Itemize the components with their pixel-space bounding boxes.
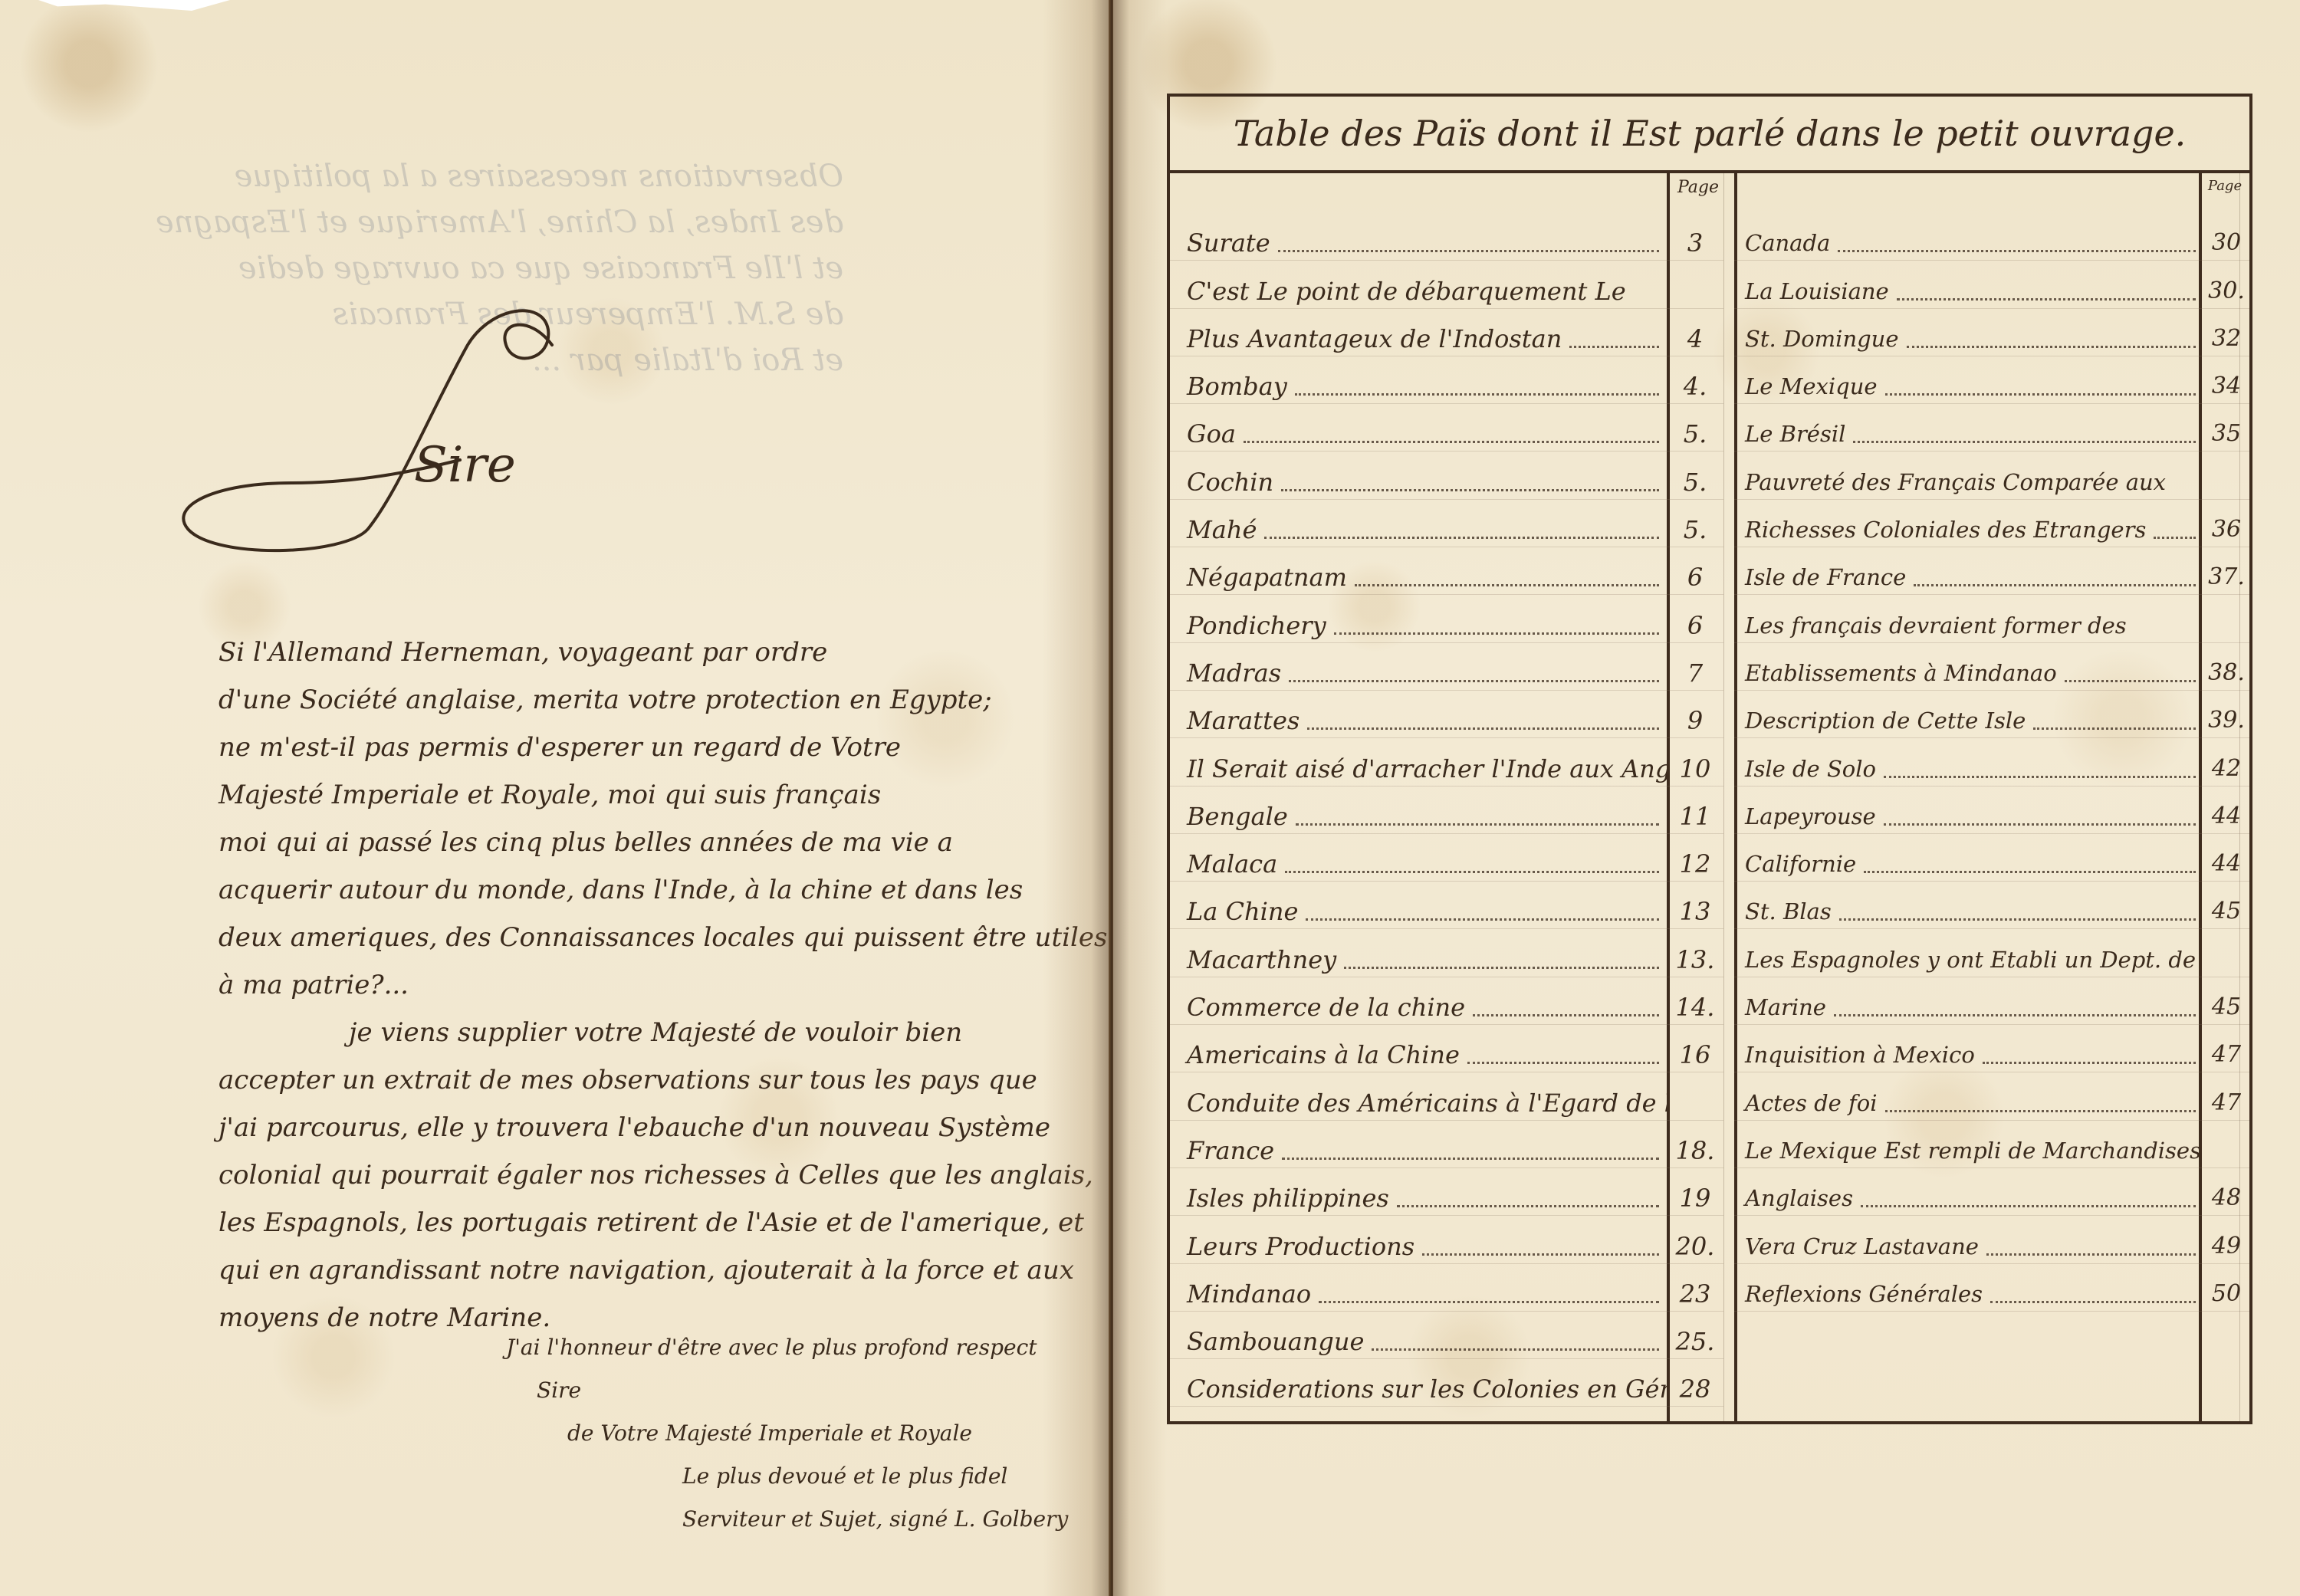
- letter-line: acquerir autour du monde, dans l'Inde, à…: [219, 866, 1108, 914]
- toc-page-number: 5.: [1667, 417, 1723, 451]
- toc-row: Americains à la Chine16: [1170, 1025, 1723, 1072]
- toc-entry: Macarthney: [1170, 943, 1667, 977]
- toc-page-number: 44: [2203, 847, 2249, 881]
- toc-row: Conduite des Américains à l'Egard de la: [1170, 1072, 1723, 1120]
- toc-page-number: 4.: [1667, 369, 1723, 403]
- toc-entry-text: Mahé: [1187, 513, 1257, 547]
- toc-page-number: 39.: [2203, 704, 2249, 737]
- toc-row: Vera Cruz Lastavane49: [1734, 1216, 2249, 1263]
- dot-leader: [1278, 250, 1659, 252]
- toc-page-number: 20.: [1667, 1230, 1723, 1263]
- toc-row: Richesses Coloniales des Etrangers36: [1734, 500, 2249, 547]
- toc-entry-text: Marine: [1745, 990, 1826, 1024]
- toc-entry-text: Madras: [1187, 656, 1281, 690]
- dot-leader: [1344, 967, 1659, 969]
- dot-leader: [1990, 1301, 2196, 1303]
- toc-entry-text: Americains à la Chine: [1187, 1038, 1460, 1072]
- dot-leader: [1885, 1110, 2196, 1112]
- toc-entry: Commerce de la chine: [1170, 990, 1667, 1024]
- dot-leader: [1983, 1062, 2196, 1064]
- toc-page-number: 10: [1667, 752, 1723, 786]
- letter-line: colonial qui pourrait égaler nos richess…: [219, 1151, 1108, 1199]
- toc-row: Mahé5.: [1170, 500, 1723, 547]
- dot-leader: [1569, 346, 1659, 348]
- toc-entry: Goa: [1170, 417, 1667, 451]
- toc-page-number: 9: [1667, 704, 1723, 737]
- toc-row: Le Mexique Est rempli de Marchandises: [1734, 1121, 2249, 1168]
- toc-page-number: 14.: [1667, 990, 1723, 1024]
- dot-leader: [1306, 918, 1659, 921]
- toc-page-number: 47: [2203, 1038, 2249, 1072]
- toc-entry: Négapatnam: [1170, 560, 1667, 594]
- toc-page-number: 19: [1667, 1181, 1723, 1215]
- toc-entry-text: Actes de foi: [1745, 1086, 1878, 1120]
- toc-row: La Chine13: [1170, 882, 1723, 929]
- toc-entry-text: France: [1187, 1134, 1274, 1167]
- closing-line: de Votre Majesté Imperiale et Royale: [491, 1412, 1104, 1455]
- letter-line: j'ai parcourus, elle y trouvera l'ebauch…: [219, 1104, 1108, 1151]
- toc-page-number: 32: [2203, 322, 2249, 356]
- toc-page-number: 16: [1667, 1038, 1723, 1072]
- dot-leader: [1838, 250, 2196, 252]
- signature-line: Serviteur et Sujet, signé L. Golbery: [491, 1498, 1104, 1541]
- dot-leader: [1467, 1062, 1659, 1064]
- toc-entry: Isle de Solo: [1734, 752, 2203, 786]
- toc-entry-text: Pauvreté des Français Comparée aux: [1745, 465, 2166, 499]
- dot-leader: [1884, 823, 2196, 826]
- toc-entry-text: Anglaises: [1745, 1181, 1853, 1215]
- toc-entry-text: C'est Le point de débarquement Le: [1187, 274, 1626, 308]
- toc-entry-text: Isles philippines: [1187, 1181, 1389, 1215]
- toc-row: Actes de foi47: [1734, 1072, 2249, 1120]
- toc-entry: Plus Avantageux de l'Indostan: [1170, 322, 1667, 356]
- dot-leader: [1295, 393, 1659, 396]
- toc-entry: Le Mexique: [1734, 369, 2203, 403]
- toc-entry-text: Malaca: [1187, 847, 1277, 881]
- toc-row: Californie44: [1734, 834, 2249, 882]
- toc-row: Mindanao23: [1170, 1264, 1723, 1312]
- toc-rows-left: Surate3C'est Le point de débarquement Le…: [1170, 213, 1668, 1407]
- toc-page-number: 23: [1667, 1277, 1723, 1311]
- toc-entry: Les Espagnoles y ont Etabli un Dept. de: [1734, 943, 2203, 977]
- toc-entry-text: Vera Cruz Lastavane: [1745, 1230, 1979, 1263]
- toc-row: Goa5.: [1170, 404, 1723, 452]
- letter-line: à ma patrie?...: [219, 961, 1108, 1009]
- toc-page-number: 6: [1667, 560, 1723, 594]
- letter-line: qui en agrandissant notre navigation, aj…: [219, 1246, 1108, 1294]
- dot-leader: [1861, 1205, 2196, 1207]
- toc-page-number: 36: [2203, 513, 2249, 547]
- toc-entry: Le Mexique Est rempli de Marchandises: [1734, 1134, 2203, 1167]
- toc-row: La Louisiane30.: [1734, 261, 2249, 308]
- toc-entry-text: Considerations sur les Colonies en Génér…: [1187, 1372, 1667, 1406]
- toc-entry-text: Les français devraient former des: [1745, 609, 2127, 642]
- dot-leader: [2033, 727, 2196, 730]
- toc-page-number: 45: [2203, 895, 2249, 928]
- toc-row: Pauvreté des Français Comparée aux: [1734, 452, 2249, 499]
- letter-line: Majesté Imperiale et Royale, moi qui sui…: [219, 771, 1108, 819]
- toc-entry-text: Conduite des Américains à l'Egard de la: [1187, 1086, 1667, 1120]
- toc-page-number: 25.: [1667, 1325, 1723, 1358]
- toc-entry: Il Serait aisé d'arracher l'Inde aux Ang…: [1170, 752, 1667, 786]
- toc-row: Marattes9: [1170, 691, 1723, 738]
- toc-row: Etablissements à Mindanao38.: [1734, 643, 2249, 691]
- toc-entry-text: Californie: [1745, 847, 1856, 881]
- toc-entry-text: Canada: [1745, 226, 1830, 260]
- toc-row: Isles philippines19: [1170, 1168, 1723, 1216]
- closing-line: J'ai l'honneur d'être avec le plus profo…: [491, 1326, 1104, 1369]
- toc-row: St. Blas45: [1734, 882, 2249, 929]
- dot-leader: [1907, 346, 2196, 348]
- dot-leader: [1282, 1158, 1659, 1160]
- toc-entry: Mahé: [1170, 513, 1667, 547]
- toc-entry-text: Négapatnam: [1187, 560, 1347, 594]
- toc-row: Description de Cette Isle39.: [1734, 691, 2249, 738]
- toc-entry-text: St. Blas: [1745, 895, 1832, 928]
- dot-leader: [1355, 584, 1659, 586]
- toc-entry: France: [1170, 1134, 1667, 1167]
- letter-line: Si l'Allemand Herneman, voyageant par or…: [219, 629, 1108, 676]
- toc-entry-text: Bombay: [1187, 369, 1287, 403]
- toc-entry-text: Surate: [1187, 226, 1270, 260]
- toc-entry: Anglaises: [1734, 1181, 2203, 1215]
- toc-page-number: 4: [1667, 322, 1723, 356]
- letter-line: deux ameriques, des Connaissances locale…: [219, 914, 1108, 961]
- toc-entry: Cochin: [1170, 465, 1667, 499]
- toc-page-number: 30: [2203, 226, 2249, 260]
- toc-page-number: 45: [2203, 990, 2249, 1024]
- toc-page-number: 12: [1667, 847, 1723, 881]
- toc-entry-text: Reflexions Générales: [1745, 1277, 1983, 1311]
- toc-entry-text: La Louisiane: [1745, 274, 1889, 308]
- toc-page-number: 34: [2203, 369, 2249, 403]
- toc-entry: Surate: [1170, 226, 1667, 260]
- toc-entry-text: Isle de France: [1745, 560, 1906, 594]
- toc-entry-text: Isle de Solo: [1745, 752, 1876, 786]
- toc-page-number: 49: [2203, 1230, 2249, 1263]
- toc-page-number: 30.: [2203, 274, 2249, 308]
- dot-leader: [1296, 823, 1659, 826]
- toc-entry-text: Bengale: [1187, 800, 1288, 833]
- toc-row: Leurs Productions20.: [1170, 1216, 1723, 1263]
- dot-leader: [1885, 393, 2196, 396]
- dot-leader: [1319, 1301, 1659, 1303]
- toc-entry: Marine: [1734, 990, 2203, 1024]
- toc-page-number: 28: [1667, 1372, 1723, 1406]
- toc-entry-text: Il Serait aisé d'arracher l'Inde aux Ang…: [1187, 752, 1667, 786]
- toc-row: Malaca12: [1170, 834, 1723, 882]
- dot-leader: [1853, 441, 2196, 443]
- toc-page-number: 38.: [2203, 656, 2249, 690]
- toc-entry: La Chine: [1170, 895, 1667, 928]
- page-column-header: Page: [1671, 178, 1725, 197]
- toc-entry: Madras: [1170, 656, 1667, 690]
- toc-column-left: Page Surate3C'est Le point de débarqueme…: [1170, 173, 1668, 1421]
- toc-entry-text: Marattes: [1187, 704, 1299, 737]
- toc-entry-text: Lapeyrouse: [1745, 800, 1876, 833]
- toc-page-number: 6: [1667, 609, 1723, 642]
- toc-entry: Pauvreté des Français Comparée aux: [1734, 465, 2203, 499]
- toc-row: Le Mexique34: [1734, 356, 2249, 404]
- toc-page-number: 44: [2203, 800, 2249, 833]
- toc-entry: Mindanao: [1170, 1277, 1667, 1311]
- toc-entry: Sambouangue: [1170, 1325, 1667, 1358]
- toc-entry-text: Plus Avantageux de l'Indostan: [1187, 322, 1562, 356]
- dot-leader: [1397, 1205, 1659, 1207]
- dot-leader: [1372, 1348, 1659, 1351]
- toc-page-number: 11: [1667, 800, 1723, 833]
- toc-entry-text: Leurs Productions: [1187, 1230, 1414, 1263]
- dot-leader: [1244, 441, 1659, 443]
- toc-column-right: Page Canada30La Louisiane30.St. Domingue…: [1734, 173, 2194, 1421]
- dot-leader: [1864, 871, 2196, 873]
- toc-entry-text: Le Mexique Est rempli de Marchandises: [1745, 1134, 2201, 1167]
- toc-entry: Description de Cette Isle: [1734, 704, 2203, 737]
- toc-row: Madras7: [1170, 643, 1723, 691]
- toc-entry: Les français devraient former des: [1734, 609, 2203, 642]
- closing-line: Le plus devoué et le plus fidel: [491, 1455, 1104, 1498]
- salutation: Sire: [414, 437, 516, 494]
- toc-row: Les Espagnoles y ont Etabli un Dept. de: [1734, 929, 2249, 977]
- toc-entry: Bengale: [1170, 800, 1667, 833]
- torn-paper-edge: [38, 0, 230, 11]
- toc-page-number: 5.: [1667, 513, 1723, 547]
- toc-entry-text: Les Espagnoles y ont Etabli un Dept. de: [1745, 943, 2196, 977]
- toc-page-number: 18.: [1667, 1134, 1723, 1167]
- toc-title: Table des Païs dont il Est parlé dans le…: [1170, 97, 2249, 173]
- dot-leader: [1834, 1014, 2196, 1016]
- toc-entry: Lapeyrouse: [1734, 800, 2203, 833]
- toc-page-number: 13.: [1667, 943, 1723, 977]
- toc-entry: Californie: [1734, 847, 2203, 881]
- toc-row: Pondichery6: [1170, 595, 1723, 642]
- toc-row: Les français devraient former des: [1734, 595, 2249, 642]
- toc-entry-text: La Chine: [1187, 895, 1298, 928]
- toc-page-number: 3: [1667, 226, 1723, 260]
- toc-entry: Conduite des Américains à l'Egard de la: [1170, 1086, 1667, 1120]
- toc-entry: Americains à la Chine: [1170, 1038, 1667, 1072]
- toc-row: Bombay4.: [1170, 356, 1723, 404]
- dot-leader: [2065, 680, 2196, 682]
- toc-page-number: 50: [2203, 1277, 2249, 1311]
- toc-entry: Actes de foi: [1734, 1086, 2203, 1120]
- toc-entry-text: Richesses Coloniales des Etrangers: [1745, 513, 2146, 547]
- letter-body: Si l'Allemand Herneman, voyageant par or…: [219, 629, 1108, 1341]
- toc-entry: Considerations sur les Colonies en Génér…: [1170, 1372, 1667, 1406]
- dot-leader: [1285, 871, 1659, 873]
- left-page-letter: Observations necessaires a la politique …: [0, 0, 1112, 1596]
- letter-line: moi qui ai passé les cinq plus belles an…: [219, 819, 1108, 866]
- toc-entry-text: Inquisition à Mexico: [1745, 1038, 1975, 1072]
- toc-page-number: 37.: [2203, 560, 2249, 594]
- toc-page-number: 13: [1667, 895, 1723, 928]
- closing-line: Sire: [491, 1369, 1104, 1412]
- dot-leader: [1289, 680, 1659, 682]
- toc-row: Surate3: [1170, 213, 1723, 261]
- dot-leader: [1422, 1253, 1659, 1256]
- letter-line: je viens supplier votre Majesté de voulo…: [219, 1009, 1108, 1056]
- dot-leader: [1281, 489, 1659, 491]
- toc-entry-text: Cochin: [1187, 465, 1273, 499]
- toc-entry-text: Goa: [1187, 417, 1236, 451]
- dot-leader: [1307, 727, 1659, 730]
- toc-row: Cochin5.: [1170, 452, 1723, 499]
- toc-row: Macarthney13.: [1170, 929, 1723, 977]
- toc-entry: Richesses Coloniales des Etrangers: [1734, 513, 2203, 547]
- toc-entry: C'est Le point de débarquement Le: [1170, 274, 1667, 308]
- toc-page-number: 35: [2203, 417, 2249, 451]
- toc-entry: Reflexions Générales: [1734, 1277, 2203, 1311]
- toc-page-number: 48: [2203, 1181, 2249, 1215]
- dot-leader: [1897, 298, 2196, 300]
- toc-entry-text: Mindanao: [1187, 1277, 1311, 1311]
- toc-row: Lapeyrouse44: [1734, 787, 2249, 834]
- toc-entry: Bombay: [1170, 369, 1667, 403]
- toc-entry-text: Macarthney: [1187, 943, 1336, 977]
- sire-flourish-icon: [169, 299, 583, 560]
- toc-row: C'est Le point de débarquement Le: [1170, 261, 1723, 308]
- toc-entry: Canada: [1734, 226, 2203, 260]
- toc-entry-text: Le Mexique: [1745, 369, 1878, 403]
- toc-row: Commerce de la chine14.: [1170, 977, 1723, 1025]
- toc-row: Reflexions Générales50: [1734, 1264, 2249, 1312]
- toc-entry: Leurs Productions: [1170, 1230, 1667, 1263]
- toc-page-number: 5.: [1667, 465, 1723, 499]
- dot-leader: [1334, 632, 1659, 635]
- dot-leader: [1986, 1253, 2196, 1256]
- toc-row: Le Brésil35: [1734, 404, 2249, 452]
- letter-closing-signature: J'ai l'honneur d'être avec le plus profo…: [491, 1326, 1104, 1541]
- toc-entry-text: Pondichery: [1187, 609, 1326, 642]
- toc-entry: Etablissements à Mindanao: [1734, 656, 2203, 690]
- toc-row: St. Domingue32: [1734, 309, 2249, 356]
- dot-leader: [2154, 537, 2196, 539]
- toc-row: Isle de France37.: [1734, 547, 2249, 595]
- letter-line: accepter un extrait de mes observations …: [219, 1056, 1108, 1104]
- toc-table: Table des Païs dont il Est parlé dans le…: [1167, 94, 2252, 1424]
- toc-entry-text: St. Domingue: [1745, 322, 1899, 356]
- toc-entry-text: Etablissements à Mindanao: [1745, 656, 2057, 690]
- toc-entry: St. Domingue: [1734, 322, 2203, 356]
- toc-entry: Le Brésil: [1734, 417, 2203, 451]
- page-column-header: Page: [2202, 178, 2248, 194]
- toc-row: Canada30: [1734, 213, 2249, 261]
- letter-line: les Espagnols, les portugais retirent de…: [219, 1199, 1108, 1246]
- dot-leader: [1473, 1014, 1659, 1016]
- toc-entry: Inquisition à Mexico: [1734, 1038, 2203, 1072]
- toc-entry: Marattes: [1170, 704, 1667, 737]
- toc-row: Inquisition à Mexico47: [1734, 1025, 2249, 1072]
- toc-page-number: 42: [2203, 752, 2249, 786]
- toc-entry: Vera Cruz Lastavane: [1734, 1230, 2203, 1263]
- toc-row: Négapatnam6: [1170, 547, 1723, 595]
- toc-rows-right: Canada30La Louisiane30.St. Domingue32Le …: [1734, 213, 2194, 1312]
- dot-leader: [1914, 584, 2196, 586]
- toc-page-number: 47: [2203, 1086, 2249, 1120]
- toc-row: Isle de Solo42: [1734, 738, 2249, 786]
- toc-row: Il Serait aisé d'arracher l'Inde aux Ang…: [1170, 738, 1723, 786]
- dot-leader: [1839, 918, 2196, 921]
- toc-entry: St. Blas: [1734, 895, 2203, 928]
- toc-entry: Malaca: [1170, 847, 1667, 881]
- column-rule-faint: [1723, 173, 1724, 1421]
- dot-leader: [1884, 776, 2196, 778]
- toc-row: France18.: [1170, 1121, 1723, 1168]
- toc-entry-text: Sambouangue: [1187, 1325, 1364, 1358]
- toc-entry: Pondichery: [1170, 609, 1667, 642]
- letter-line: d'une Société anglaise, merita votre pro…: [219, 676, 1108, 724]
- toc-entry-text: Description de Cette Isle: [1745, 704, 2026, 737]
- toc-entry: Isle de France: [1734, 560, 2203, 594]
- toc-page-number: 7: [1667, 656, 1723, 690]
- toc-row: Plus Avantageux de l'Indostan4: [1170, 309, 1723, 356]
- toc-entry: Isles philippines: [1170, 1181, 1667, 1215]
- dot-leader: [1264, 537, 1659, 539]
- toc-entry-text: Le Brésil: [1745, 417, 1845, 451]
- toc-entry: La Louisiane: [1734, 274, 2203, 308]
- toc-entry-text: Commerce de la chine: [1187, 990, 1465, 1024]
- letter-line: ne m'est-il pas permis d'esperer un rega…: [219, 724, 1108, 771]
- toc-row: Anglaises48: [1734, 1168, 2249, 1216]
- toc-row: Bengale11: [1170, 787, 1723, 834]
- toc-row: Marine45: [1734, 977, 2249, 1025]
- toc-row: Sambouangue25.: [1170, 1312, 1723, 1359]
- toc-row: Considerations sur les Colonies en Génér…: [1170, 1359, 1723, 1407]
- manuscript-spread: Observations necessaires a la politique …: [0, 0, 2300, 1596]
